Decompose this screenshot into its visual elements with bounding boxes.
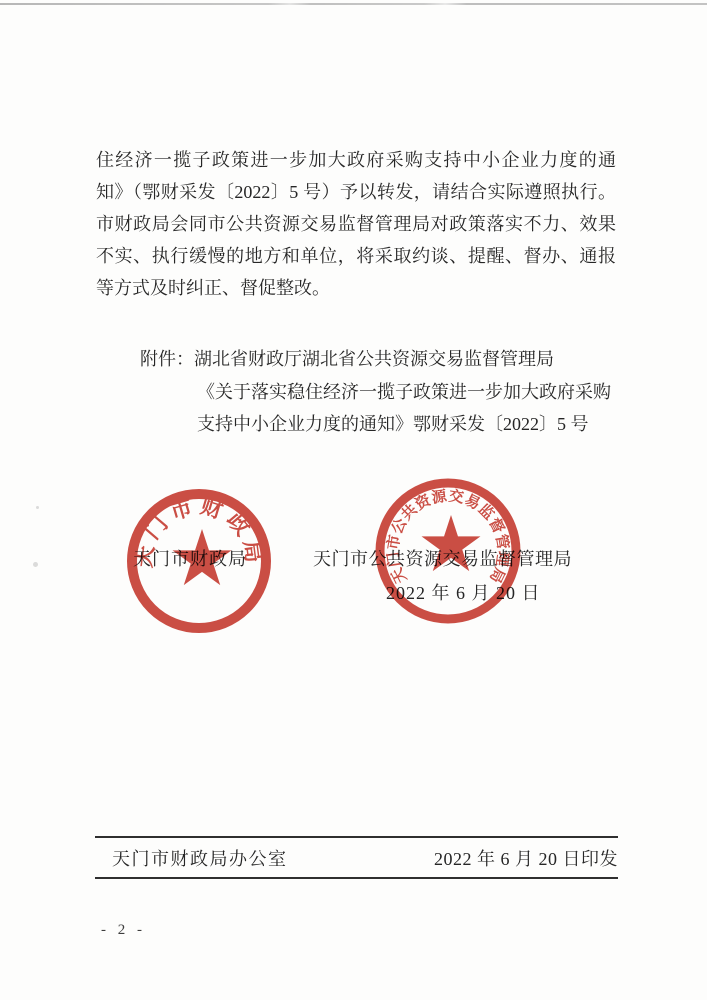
seal-star-icon bbox=[422, 515, 481, 571]
body-line: 住经济一揽子政策进一步加大政府采购支持中小企业力度的通 bbox=[96, 144, 616, 176]
document-page: 住经济一揽子政策进一步加大政府采购支持中小企业力度的通 知》（鄂财采发〔2022… bbox=[0, 0, 707, 1000]
scan-speck bbox=[33, 562, 38, 567]
attachment-line: 支持中小企业力度的通知》鄂财采发〔2022〕5 号 bbox=[197, 408, 630, 441]
body-paragraph: 住经济一揽子政策进一步加大政府采购支持中小企业力度的通 知》（鄂财采发〔2022… bbox=[96, 144, 616, 304]
resources-trading-bureau-seal-icon: 天门市公共资源交易监督管理局 bbox=[371, 474, 525, 628]
attachment-block: 附件：湖北省财政厅湖北省公共资源交易监督管理局 《关于落实稳住经济一揽子政策进一… bbox=[140, 343, 630, 441]
finance-bureau-seal-icon: 天门市财政局 bbox=[124, 486, 274, 636]
footer-print-date: 2022 年 6 月 20 日印发 bbox=[434, 845, 618, 871]
footer-divider-bottom bbox=[95, 877, 618, 879]
footer-issuing-office: 天门市财政局办公室 bbox=[95, 845, 288, 871]
attachment-line: 附件：湖北省财政厅湖北省公共资源交易监督管理局 bbox=[140, 343, 630, 376]
body-line: 等方式及时纠正、督促整改。 bbox=[96, 272, 616, 304]
body-line: 不实、执行缓慢的地方和单位，将采取约谈、提醒、督办、通报 bbox=[96, 240, 616, 272]
footer: 天门市财政局办公室 2022 年 6 月 20 日印发 bbox=[95, 845, 618, 871]
scan-artifact-line bbox=[0, 3, 707, 5]
attachment-line: 《关于落实稳住经济一揽子政策进一步加大政府采购 bbox=[197, 376, 630, 409]
attachment-label: 附件： bbox=[140, 349, 194, 369]
attachment-title-part1: 湖北省财政厅湖北省公共资源交易监督管理局 bbox=[194, 349, 554, 369]
body-line: 市财政局会同市公共资源交易监督管理局对政策落实不力、效果 bbox=[96, 208, 616, 240]
body-line: 知》（鄂财采发〔2022〕5 号）予以转发，请结合实际遵照执行。 bbox=[96, 176, 616, 208]
page-number: - 2 - bbox=[101, 922, 146, 939]
seal-star-icon bbox=[173, 529, 232, 585]
scan-speck bbox=[36, 506, 39, 509]
footer-divider-top bbox=[95, 836, 618, 838]
